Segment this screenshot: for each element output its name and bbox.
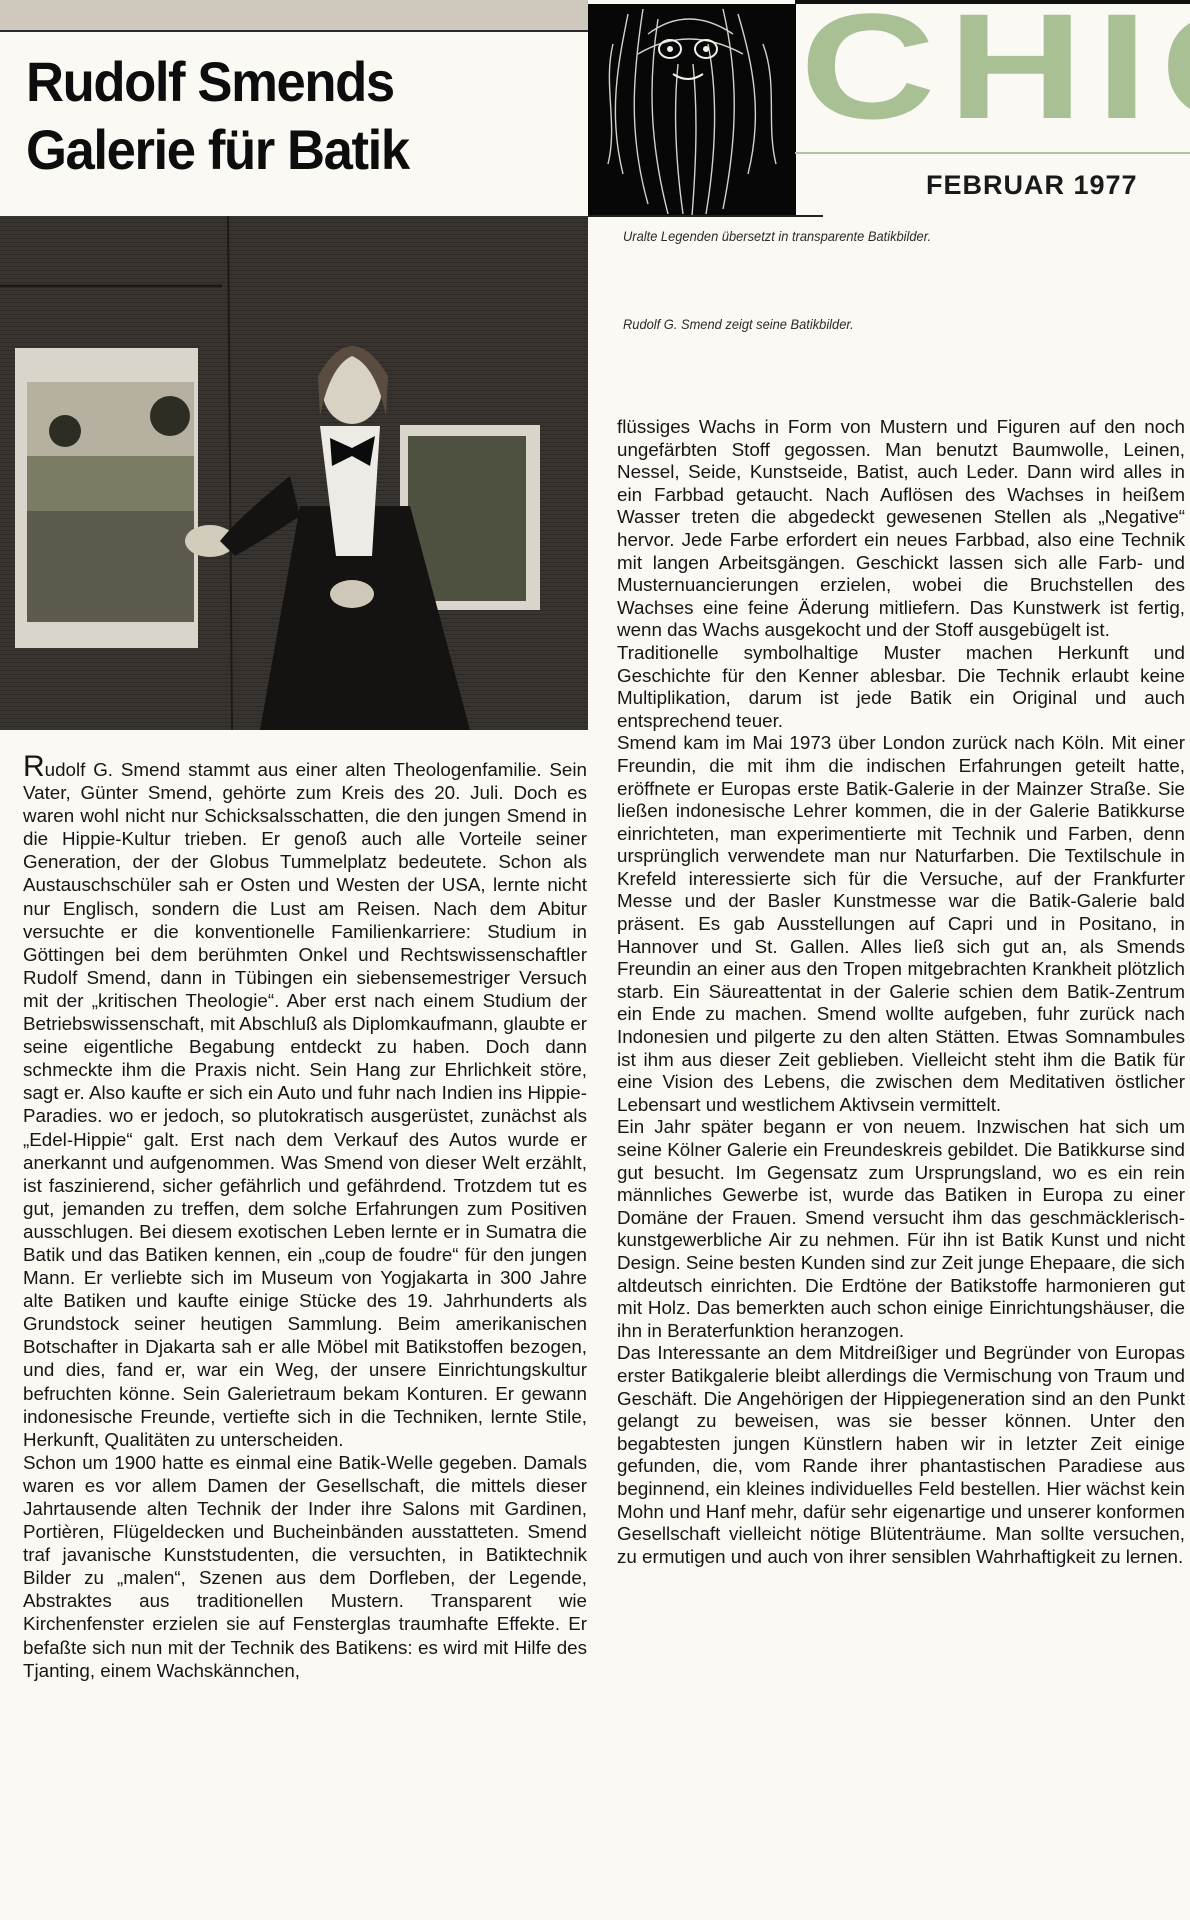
article-right-column: flüssiges Wachs in Form von Mustern und … (617, 416, 1185, 1568)
issue-date: FEBRUAR 1977 (926, 170, 1138, 201)
magazine-logo: CHIC (800, 0, 1190, 136)
logo-rule (795, 152, 1190, 154)
batik-face-illustration-icon (588, 4, 796, 216)
batik-legend-image (588, 4, 796, 216)
paragraph: Das Interessante an dem Mitdreißiger und… (617, 1342, 1185, 1568)
caption-photo: Rudolf G. Smend zeigt seine Batikbilder. (623, 316, 854, 332)
headline-line-1: Rudolf Smends (26, 48, 552, 116)
drop-cap: R (23, 750, 45, 783)
paragraph: Rudolf G. Smend stammt aus einer alten T… (23, 757, 587, 1451)
headline: Rudolf Smends Galerie für Batik (26, 48, 552, 184)
paragraph: Schon um 1900 hatte es einmal eine Batik… (23, 1451, 587, 1682)
image-underline (588, 215, 823, 217)
top-band (0, 0, 588, 32)
paragraph: Smend kam im Mai 1973 über London zurück… (617, 732, 1185, 1116)
gallery-photo (0, 216, 588, 730)
caption-batik-image: Uralte Legenden übersetzt in transparent… (623, 228, 931, 244)
headline-line-2: Galerie für Batik (26, 116, 552, 184)
article-left-column: Rudolf G. Smend stammt aus einer alten T… (23, 757, 587, 1682)
photo-man-with-batik-paintings-icon (0, 216, 588, 730)
paragraph: Ein Jahr später begann er von neuem. Inz… (617, 1116, 1185, 1342)
paragraph: flüssiges Wachs in Form von Mustern und … (617, 416, 1185, 642)
paragraph: Traditionelle symbolhaltige Muster mache… (617, 642, 1185, 732)
